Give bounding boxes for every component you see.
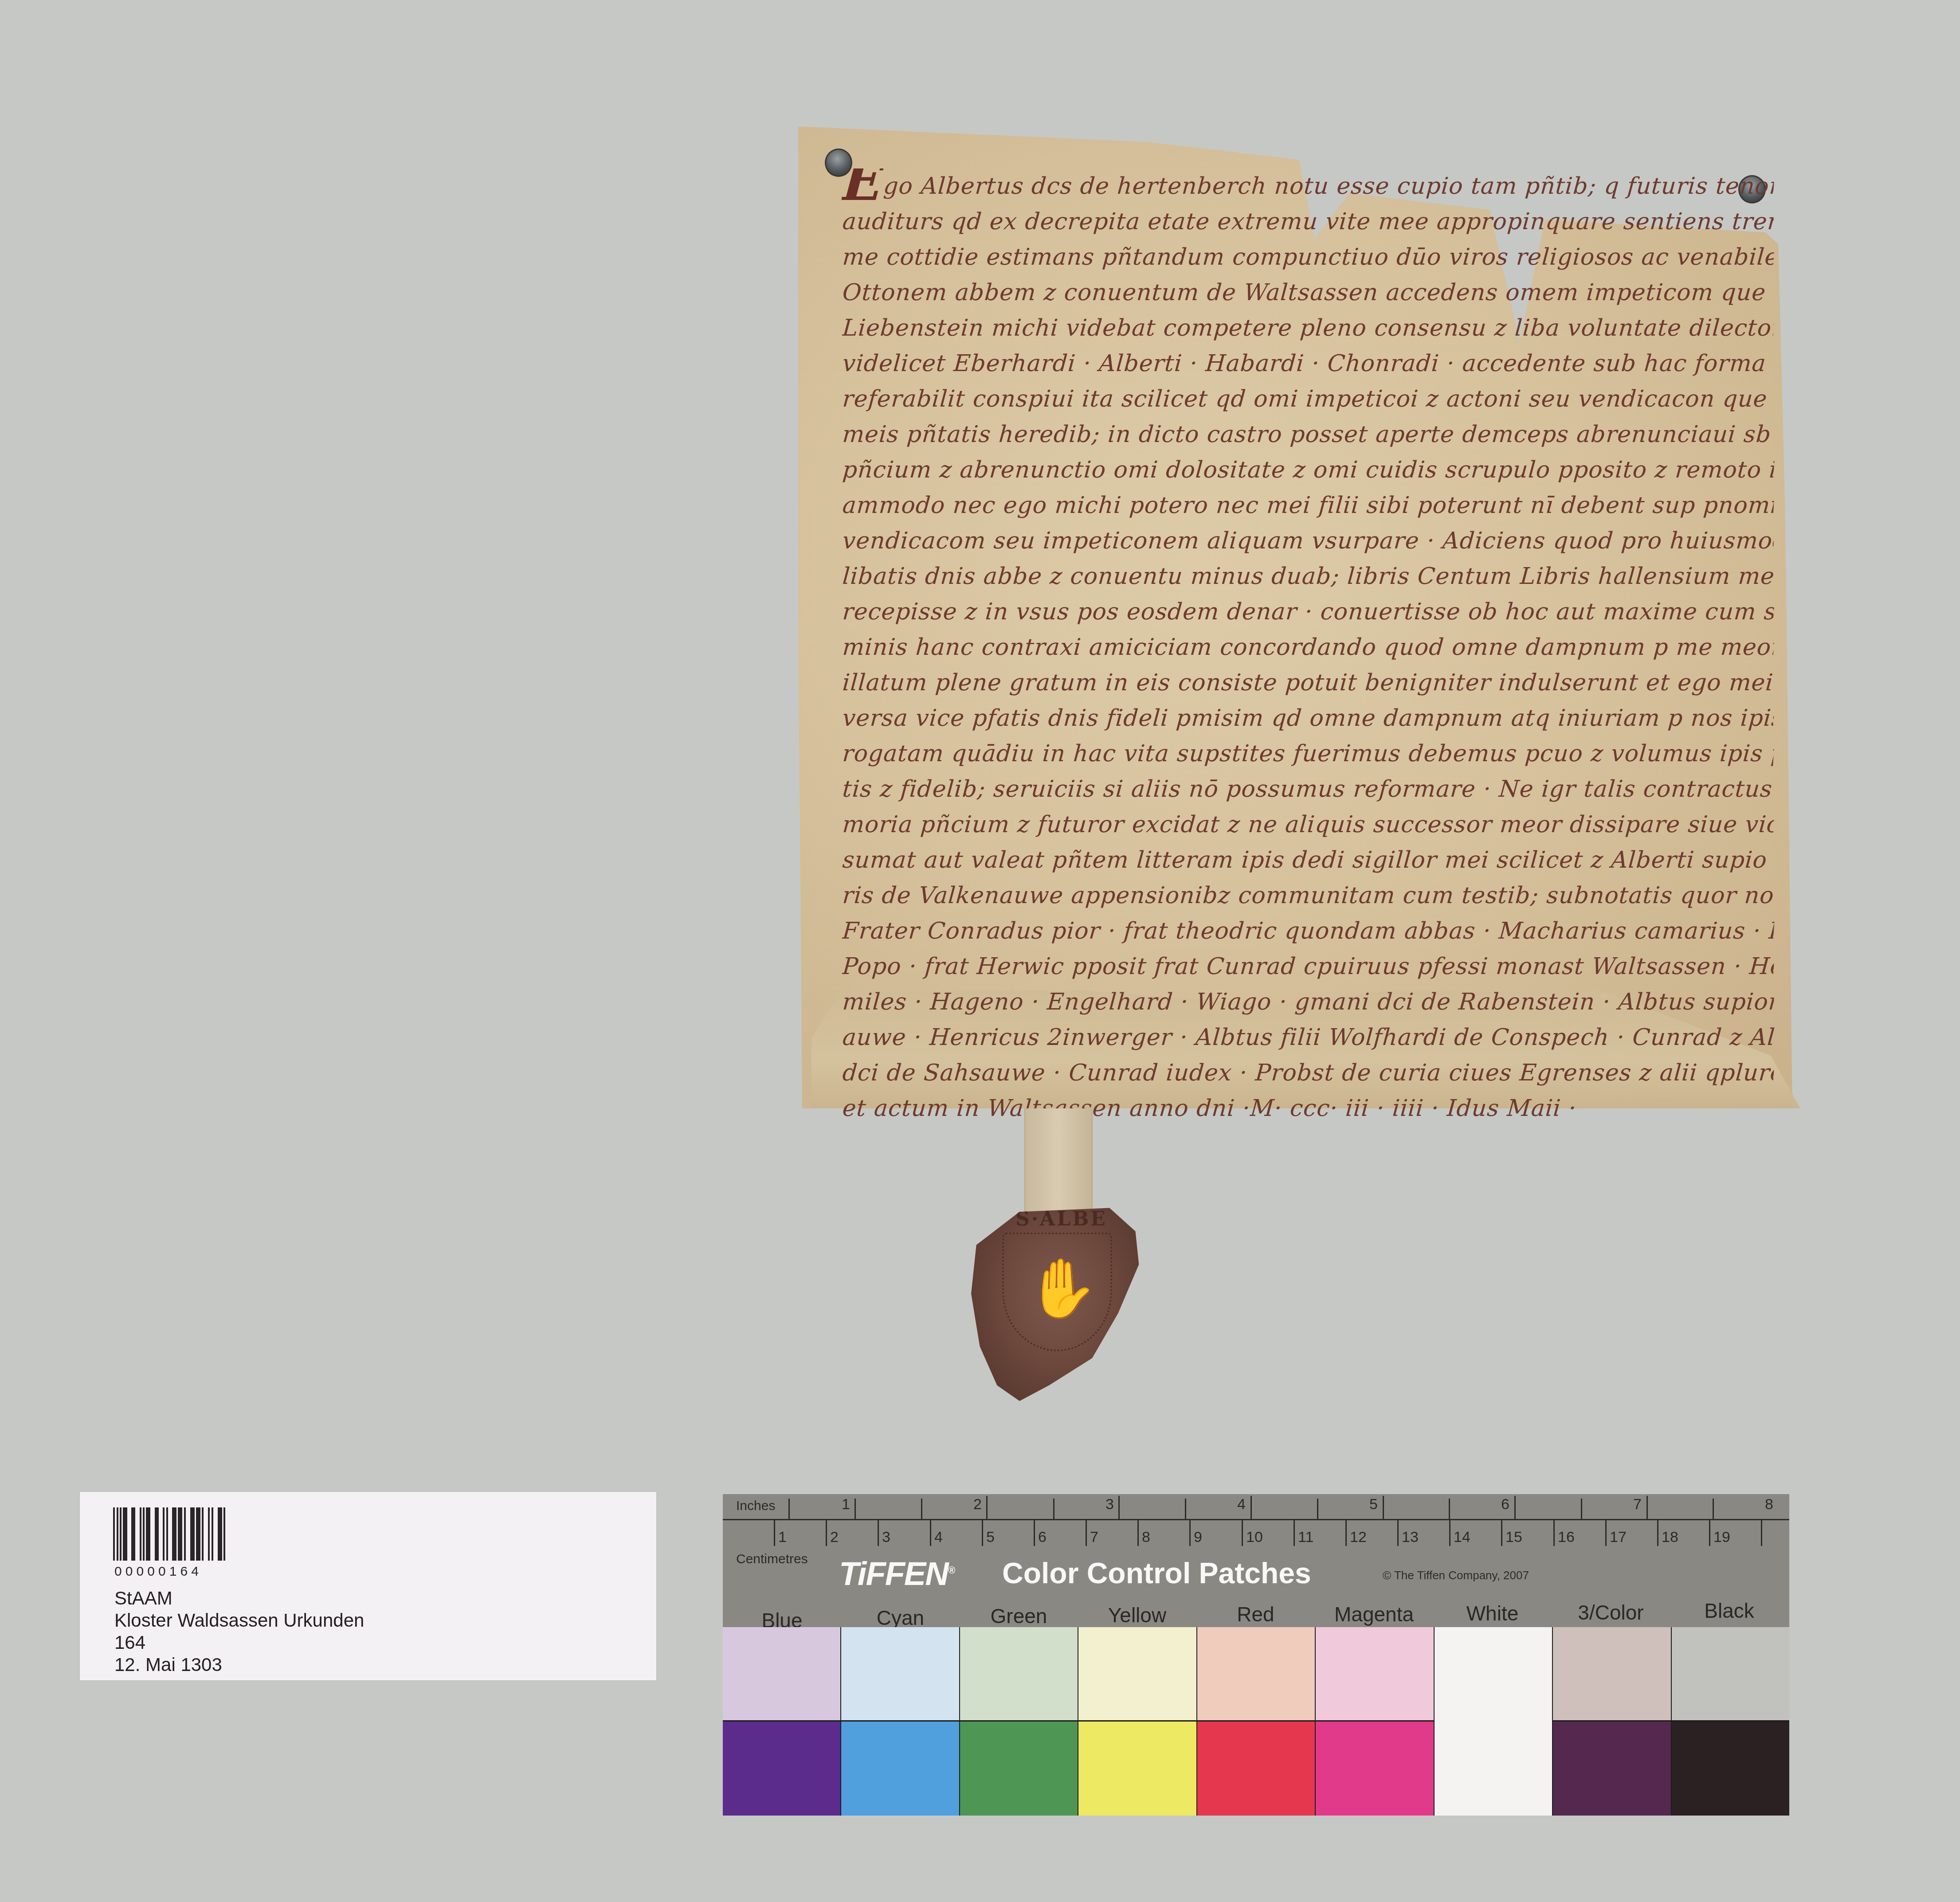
charter-line: moria pñcium z futuror excidat z ne aliq… xyxy=(841,807,1775,842)
charter-line: ammodo nec ego michi potero nec mei fili… xyxy=(841,488,1775,523)
charter-line: Frater Conradus pior · frat theodric quo… xyxy=(841,913,1775,949)
charter-line: ris de Valkenauwe appensionibz communita… xyxy=(841,878,1775,913)
archive-label-card: 0 0 0 0 0 1 6 4 StAAM Kloster Waldsassen… xyxy=(80,1492,656,1680)
charter-line: Popo · frat Herwic pposit frat Cunrad cp… xyxy=(841,949,1775,984)
charter-line: miles · Hageno · Engelhard · Wiago · gma… xyxy=(841,984,1775,1020)
barcode-number: 0 0 0 0 0 1 6 4 xyxy=(114,1564,199,1579)
charter-line: me cottidie estimans pñtandum compunctiu… xyxy=(841,239,1775,275)
tiffen-logo: TiFFEN® xyxy=(839,1555,954,1593)
collection-name: Kloster Waldsassen Urkunden xyxy=(114,1609,364,1632)
charter-text: Ego Albertus dcs de hertenberch notu ess… xyxy=(843,168,1774,1126)
wax-seal: S·ALBE ✋ xyxy=(971,1206,1144,1401)
patch-label-red: Red xyxy=(1196,1602,1315,1626)
patch-red xyxy=(1196,1627,1315,1816)
charter-line: illatum plene gratum in eis consiste pot… xyxy=(841,665,1775,701)
charter-line: referabilit conspiui ita scilicet qd omi… xyxy=(841,381,1775,417)
centimetres-label: Centimetres xyxy=(736,1552,808,1567)
charter-line: auditurs qd ex decrepita etate extremu v… xyxy=(841,204,1775,239)
charter-line: videlicet Eberhardi · Alberti · Habardi … xyxy=(841,346,1775,381)
archive-name: StAAM xyxy=(114,1587,364,1609)
charter-line: recepisse z in vsus pos eosdem denar · c… xyxy=(841,594,1775,630)
charter-line: Ottonem abbem z conuentum de Waltsassen … xyxy=(841,275,1775,310)
document-date: 12. Mai 1303 xyxy=(114,1654,364,1676)
patch-white xyxy=(1434,1627,1552,1816)
seal-parchment-tag xyxy=(1024,1108,1093,1224)
patch-green xyxy=(959,1627,1078,1816)
charter-line: libatis dnis abbe z conuentu minus duab;… xyxy=(841,559,1775,594)
charter-line: rogatam quādiu in hac vita supstites fue… xyxy=(841,736,1775,771)
charter-line: dci de Sahsauwe · Cunrad iudex · Probst … xyxy=(841,1055,1775,1091)
barcode-icon xyxy=(113,1507,225,1561)
tiffen-color-chart: Inches 1 2 3 4 5 6 7 8 1 2 3 4 5 6 7 8 9 xyxy=(723,1494,1789,1816)
inch-ruler: Inches 1 2 3 4 5 6 7 8 xyxy=(723,1494,1789,1520)
decorated-initial: E xyxy=(841,168,886,204)
patch-label-green: Green xyxy=(960,1604,1078,1628)
seal-hands-emblem-icon: ✋ xyxy=(1027,1255,1098,1323)
charter-line: minis hanc contraxi amiciciam concordand… xyxy=(841,630,1775,665)
charter-line: vendicacom seu impeticonem aliquam vsurp… xyxy=(841,523,1775,559)
charter-line: Ego Albertus dcs de hertenberch notu ess… xyxy=(841,168,1775,204)
patch-yellow xyxy=(1078,1627,1196,1816)
document-number: 164 xyxy=(114,1632,364,1654)
patch-black xyxy=(1671,1627,1789,1816)
chart-title: Color Control Patches xyxy=(1002,1556,1311,1590)
patch-label-black: Black xyxy=(1670,1599,1788,1623)
patch-cyan xyxy=(840,1627,959,1816)
patch-label-cyan: Cyan xyxy=(841,1606,960,1630)
patch-label-yellow: Yellow xyxy=(1078,1603,1196,1627)
patch-3color xyxy=(1552,1627,1670,1816)
chart-copyright: © The Tiffen Company, 2007 xyxy=(1383,1569,1529,1582)
patch-label-3color: 3/Color xyxy=(1552,1601,1670,1624)
patch-label-white: White xyxy=(1433,1601,1552,1625)
patch-labels: Blue Cyan Green Yellow Red Magenta White… xyxy=(723,1601,1789,1627)
charter-line: auwe · Henricus 2inwerger · Albtus filii… xyxy=(841,1020,1775,1055)
charter-line: tis z fidelib; seruiciis si aliis nō pos… xyxy=(841,771,1775,807)
charter-line: pñcium z abrenunctio omi dolositate z om… xyxy=(841,452,1775,488)
charter-line: et actum in Waltsassen anno dni ·M· ccc·… xyxy=(841,1091,1775,1126)
patch-blue xyxy=(723,1627,840,1816)
color-patches xyxy=(723,1627,1789,1816)
patch-magenta xyxy=(1315,1627,1433,1816)
charter-line: meis pñtatis heredib; in dicto castro po… xyxy=(841,417,1775,452)
charter-line: Liebenstein michi videbat competere plen… xyxy=(841,310,1775,346)
patch-label-magenta: Magenta xyxy=(1315,1602,1433,1626)
charter-line: versa vice pfatis dnis fideli pmisim qd … xyxy=(841,701,1775,736)
inches-label: Inches xyxy=(736,1499,775,1514)
charter-line: sumat aut valeat pñtem litteram ipis ded… xyxy=(841,842,1775,878)
